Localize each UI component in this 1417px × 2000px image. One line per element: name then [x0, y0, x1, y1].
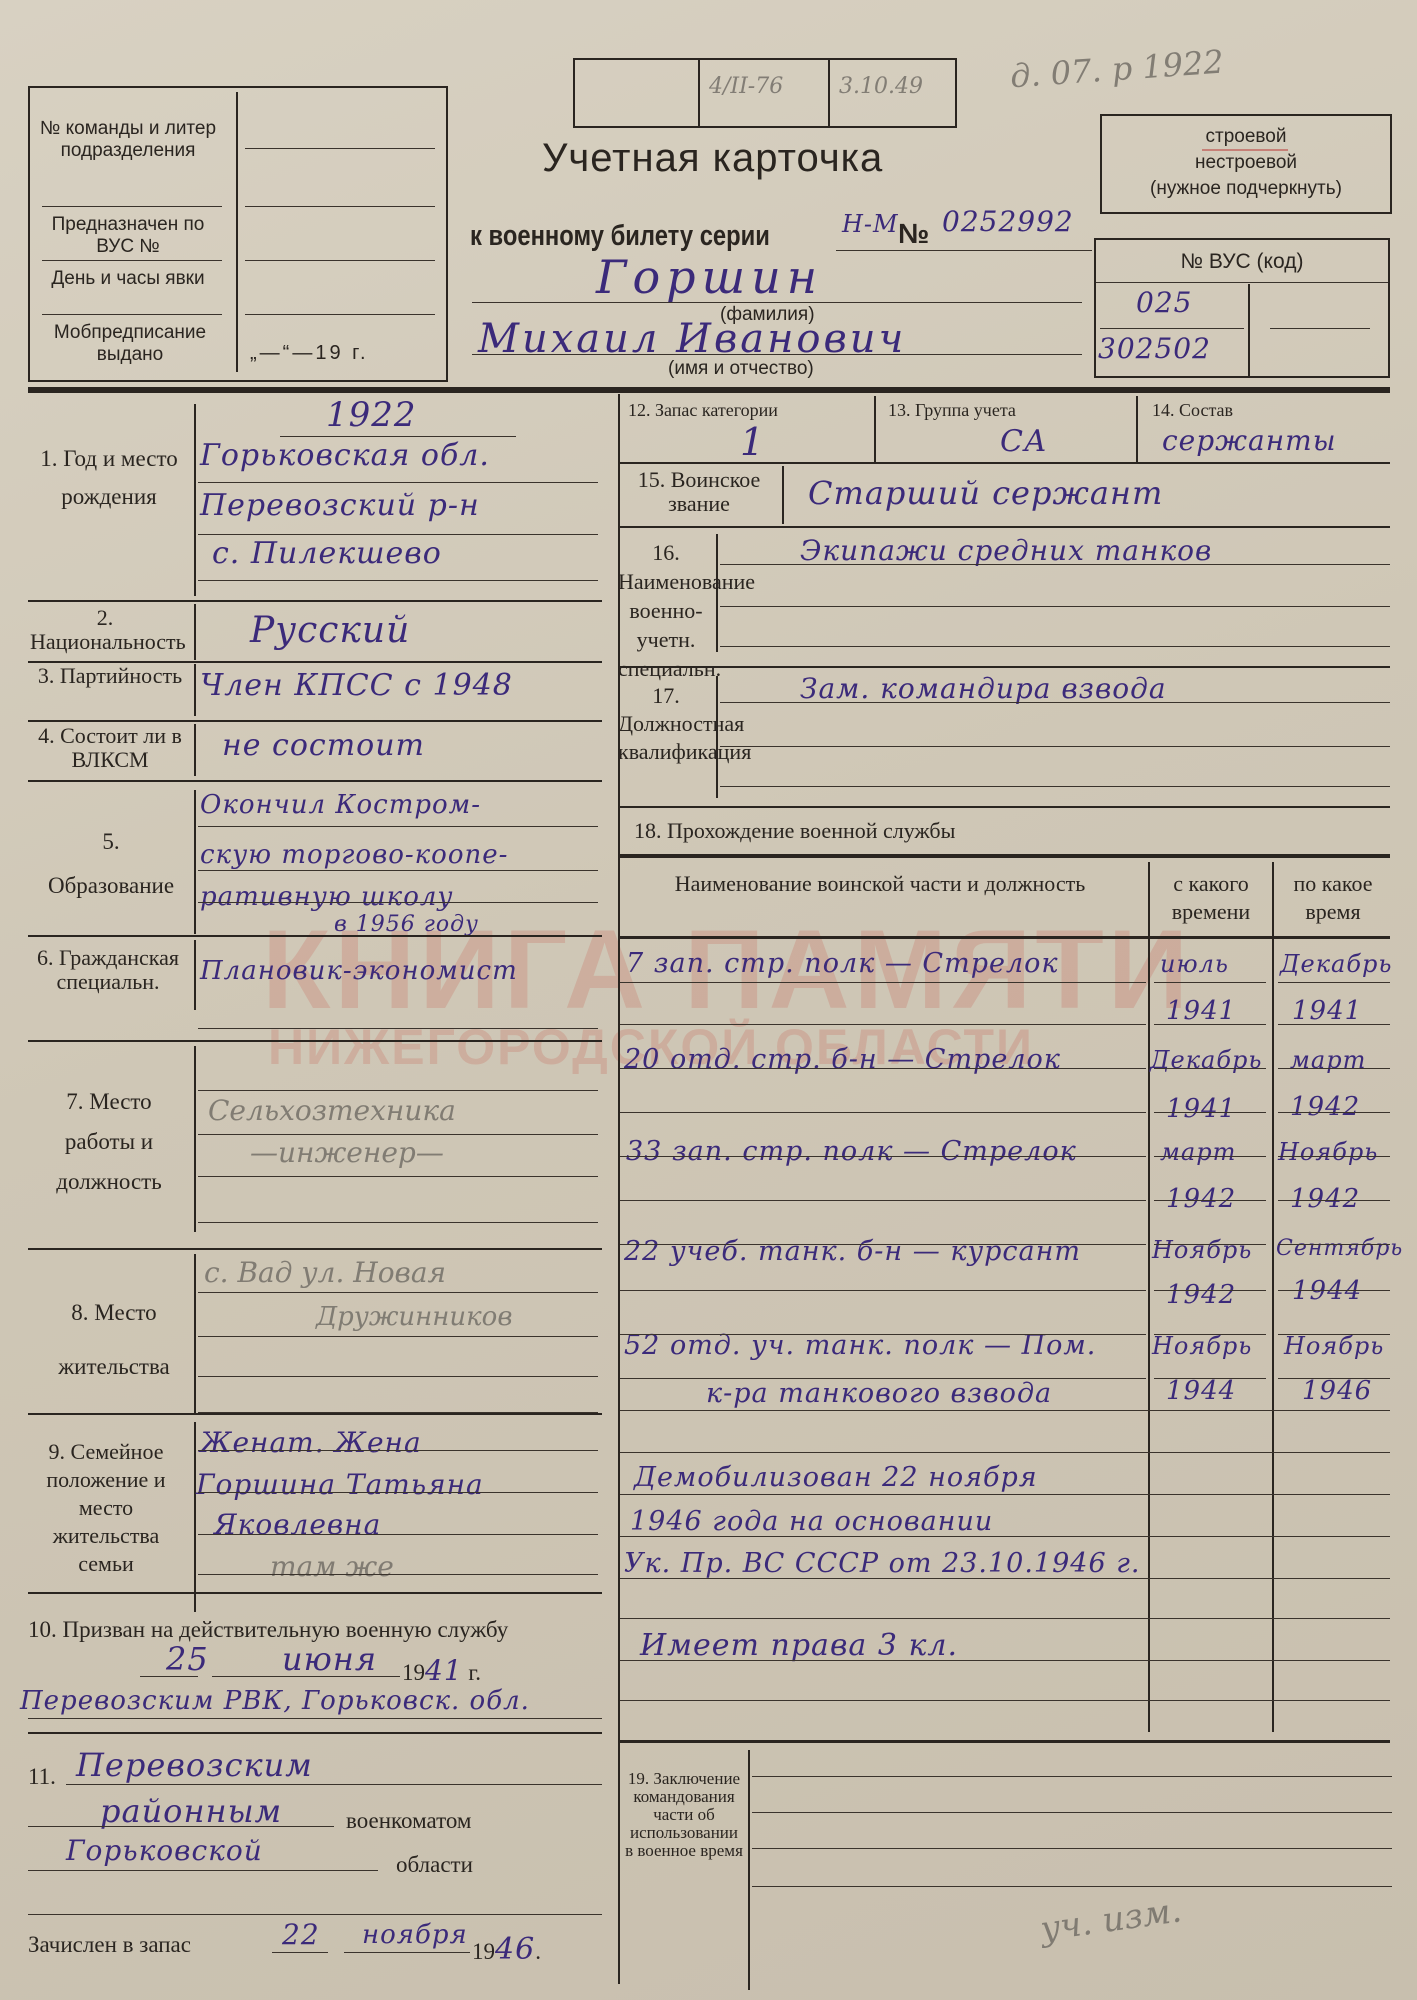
name-patronymic-value: Михаил Иванович	[478, 316, 906, 362]
birth-year: 1922	[326, 395, 417, 435]
note-line-3: Ук. Пр. ВС СССР от 23.10.1946 г.	[624, 1548, 1140, 1579]
birth-district: Перевозский р-н	[200, 488, 480, 523]
mos-value: Экипажи средних танков	[800, 534, 1212, 567]
bottom-pencil-note: уч. изм.	[1038, 1890, 1184, 1949]
reserve-category-value: 1	[740, 420, 765, 464]
vus-code-bottom: 302502	[1098, 332, 1211, 365]
record-card: КНИГА ПАМЯТИ НИЖЕГОРОДСКОЙ ОБЛАСТИ 4/II-…	[0, 0, 1417, 2000]
vus-code-top: 025	[1136, 286, 1192, 319]
number-label: №	[898, 218, 929, 250]
family-line-2: Горшина Татьяна	[196, 1468, 484, 1501]
service-row-4-from-year: 1942	[1166, 1280, 1236, 1310]
conscription-year-unit: г.	[468, 1660, 481, 1685]
workplace-line-2: —инженер—	[250, 1136, 444, 1169]
service-row-3-unit: 33 зап. стр. полк — Стрелок	[626, 1136, 1077, 1167]
service-row-2-from-month: Декабрь	[1150, 1046, 1262, 1074]
vus-header: № ВУС (код)	[1096, 250, 1388, 274]
left-info-box: № команды и литер подразделения Предназн…	[28, 86, 448, 382]
residence-line-1: с. Вад ул. Новая	[204, 1256, 446, 1289]
service-row-1-to-year: 1941	[1292, 996, 1362, 1026]
service-row-3-from-month: март	[1160, 1138, 1236, 1166]
komsomol-value: не состоит	[222, 728, 425, 763]
field-13-label: 13. Группа учета	[888, 400, 1016, 421]
table-header-to: по какое время	[1274, 870, 1392, 926]
residence-line-2: Дружинников	[316, 1302, 512, 1332]
field-2-label: 2. Национальность	[30, 606, 180, 654]
field-1-label: 1. Год и место рождения	[36, 440, 182, 516]
field-6-label: 6. Гражданская специальн.	[30, 946, 186, 994]
top-right-pencil-note: д. 07. р 1922	[1009, 43, 1225, 96]
service-row-5-to-year: 1946	[1302, 1376, 1372, 1406]
vus-code-box: № ВУС (код) 025 302502	[1094, 238, 1390, 378]
party-value: Член КПСС с 1948	[200, 668, 513, 703]
reserve-day: 22	[282, 1918, 320, 1951]
service-row-5-from-month: Ноябрь	[1152, 1332, 1252, 1360]
note-line-1: Демобилизован 22 ноября	[634, 1462, 1038, 1493]
commissariat-line-2: районным	[100, 1792, 282, 1830]
card-subtitle: к военному билету серии	[470, 220, 770, 253]
table-header-unit: Наименование воинской части и должность	[650, 870, 1110, 898]
field-3-label: 3. Партийность	[30, 664, 190, 688]
service-row-4-to-month: Сентябрь	[1276, 1236, 1403, 1261]
service-type-box: строевой нестроевой (нужное подчеркнуть)	[1100, 114, 1392, 214]
service-row-2-from-year: 1941	[1166, 1094, 1236, 1124]
commissariat-suffix: военкоматом	[346, 1808, 471, 1834]
service-row-2-to-year: 1942	[1290, 1092, 1360, 1122]
service-row-3-to-year: 1942	[1290, 1184, 1360, 1214]
conscription-place: Перевозским РВК, Горьковск. обл.	[20, 1686, 530, 1716]
education-line-4: в 1956 году	[334, 912, 479, 937]
birth-region: Горьковская обл.	[200, 438, 490, 473]
combat-option: строевой	[1102, 126, 1390, 148]
composition-value: сержанты	[1162, 424, 1337, 457]
service-row-1-to-month: Декабрь	[1280, 950, 1392, 978]
group-value: СА	[1000, 424, 1048, 459]
name-caption: (имя и отчество)	[668, 358, 814, 380]
region-suffix: области	[396, 1852, 473, 1878]
field-9-label: 9. Семейное положение и место жительства…	[24, 1438, 188, 1578]
mob-order-label: Мобпредписание выдано	[30, 322, 230, 366]
noncombat-option: нестроевой	[1102, 152, 1390, 174]
field-1-label-text: 1. Год и место рождения	[36, 440, 182, 516]
mob-order-date: „—“—19 г.	[250, 342, 369, 365]
field-8-label: 8. Место жительства	[34, 1286, 194, 1394]
service-row-3-to-month: Ноябрь	[1278, 1138, 1378, 1166]
reserve-year-prefix: 19	[472, 1939, 495, 1964]
card-title: Учетная карточка	[542, 136, 883, 181]
field-15-label: 15. Воинское звание	[618, 468, 780, 516]
reserve-label: Зачислен в запас	[28, 1932, 191, 1958]
family-line-3: Яковлевна	[214, 1508, 381, 1541]
birth-village: с. Пилекшево	[212, 536, 442, 571]
qualification-value: Зам. командира взвода	[800, 672, 1167, 705]
workplace-line-1: Сельхозтехника	[208, 1094, 456, 1127]
service-row-5-to-month: Ноябрь	[1284, 1332, 1384, 1360]
rank-value: Старший сержант	[808, 474, 1163, 512]
surname-value: Горшин	[596, 250, 823, 304]
field-4-label: 4. Состоит ли в ВЛКСМ	[28, 724, 192, 772]
stamp-cell-3: 3.10.49	[839, 74, 923, 99]
service-row-2-to-month: март	[1290, 1046, 1366, 1074]
service-row-1-from-month: июль	[1160, 950, 1229, 978]
commissariat-line-1: Перевозским	[76, 1746, 313, 1784]
conscription-year-suffix: 41	[425, 1654, 463, 1687]
family-line-4: там же	[270, 1550, 394, 1583]
nationality-value: Русский	[250, 610, 410, 651]
family-line-1: Женат. Жена	[200, 1426, 422, 1459]
series-value: Н-М	[842, 210, 899, 238]
report-time-label: День и часы явки	[38, 268, 218, 290]
vus-assigned-label: Предназначен по ВУС №	[38, 214, 218, 258]
field-5-label: 5. Образование	[46, 820, 176, 908]
field-7-label: 7. Место работы и должность	[34, 1082, 184, 1202]
conscription-month: июня	[282, 1640, 377, 1678]
note-line-5: Имеет права 3 кл.	[640, 1628, 958, 1663]
command-number-label: № команды и литер подразделения	[38, 118, 218, 162]
service-row-5-unit-continued: к-ра танкового взвода	[706, 1378, 1052, 1409]
civil-specialty-value: Плановик-экономист	[200, 956, 518, 986]
note-line-2: 1946 года на основании	[630, 1506, 993, 1537]
service-row-3-from-year: 1942	[1166, 1184, 1236, 1214]
education-line-1: Окончил Костром-	[200, 790, 481, 820]
field-18-label: 18. Прохождение военной службы	[634, 818, 955, 844]
service-row-5-from-year: 1944	[1166, 1376, 1236, 1406]
ticket-number: 0252992	[942, 205, 1074, 238]
conscription-day: 25	[166, 1640, 209, 1678]
field-19-label: 19. Заключение командования части об исп…	[624, 1770, 744, 1860]
reserve-month: ноября	[362, 1920, 468, 1950]
reserve-year-suffix: 46	[495, 1932, 535, 1967]
service-row-4-from-month: Ноябрь	[1152, 1236, 1252, 1264]
stamp-cell-2: 4/II-76	[709, 74, 783, 99]
service-row-4-unit: 22 учеб. танк. б-н — курсант	[624, 1236, 1081, 1267]
service-row-1-unit: 7 зап. стр. полк — Стрелок	[626, 948, 1059, 979]
field-14-label: 14. Состав	[1152, 400, 1233, 421]
table-header-from: с какого времени	[1150, 870, 1272, 926]
education-line-3: ративную школу	[200, 882, 453, 912]
top-stamp-box: 4/II-76 3.10.49	[573, 58, 957, 128]
conscription-year-prefix: 19	[402, 1660, 425, 1685]
field-16-label: 16. Наименование военно-учетн. специальн…	[618, 538, 714, 683]
underline-instruction: (нужное подчеркнуть)	[1102, 178, 1390, 200]
field-17-label: 17. Должностная квалификация	[618, 682, 714, 766]
service-row-4-to-year: 1944	[1292, 1276, 1362, 1306]
service-row-2-unit: 20 отд. стр. б-н — Стрелок	[624, 1044, 1061, 1075]
field-11-number: 11.	[28, 1764, 56, 1790]
education-line-2: скую торгово-коопе-	[200, 840, 508, 870]
service-row-1-from-year: 1941	[1166, 996, 1236, 1026]
field-12-label: 12. Запас категории	[628, 400, 778, 421]
commissariat-line-3: Горьковской	[66, 1834, 263, 1867]
